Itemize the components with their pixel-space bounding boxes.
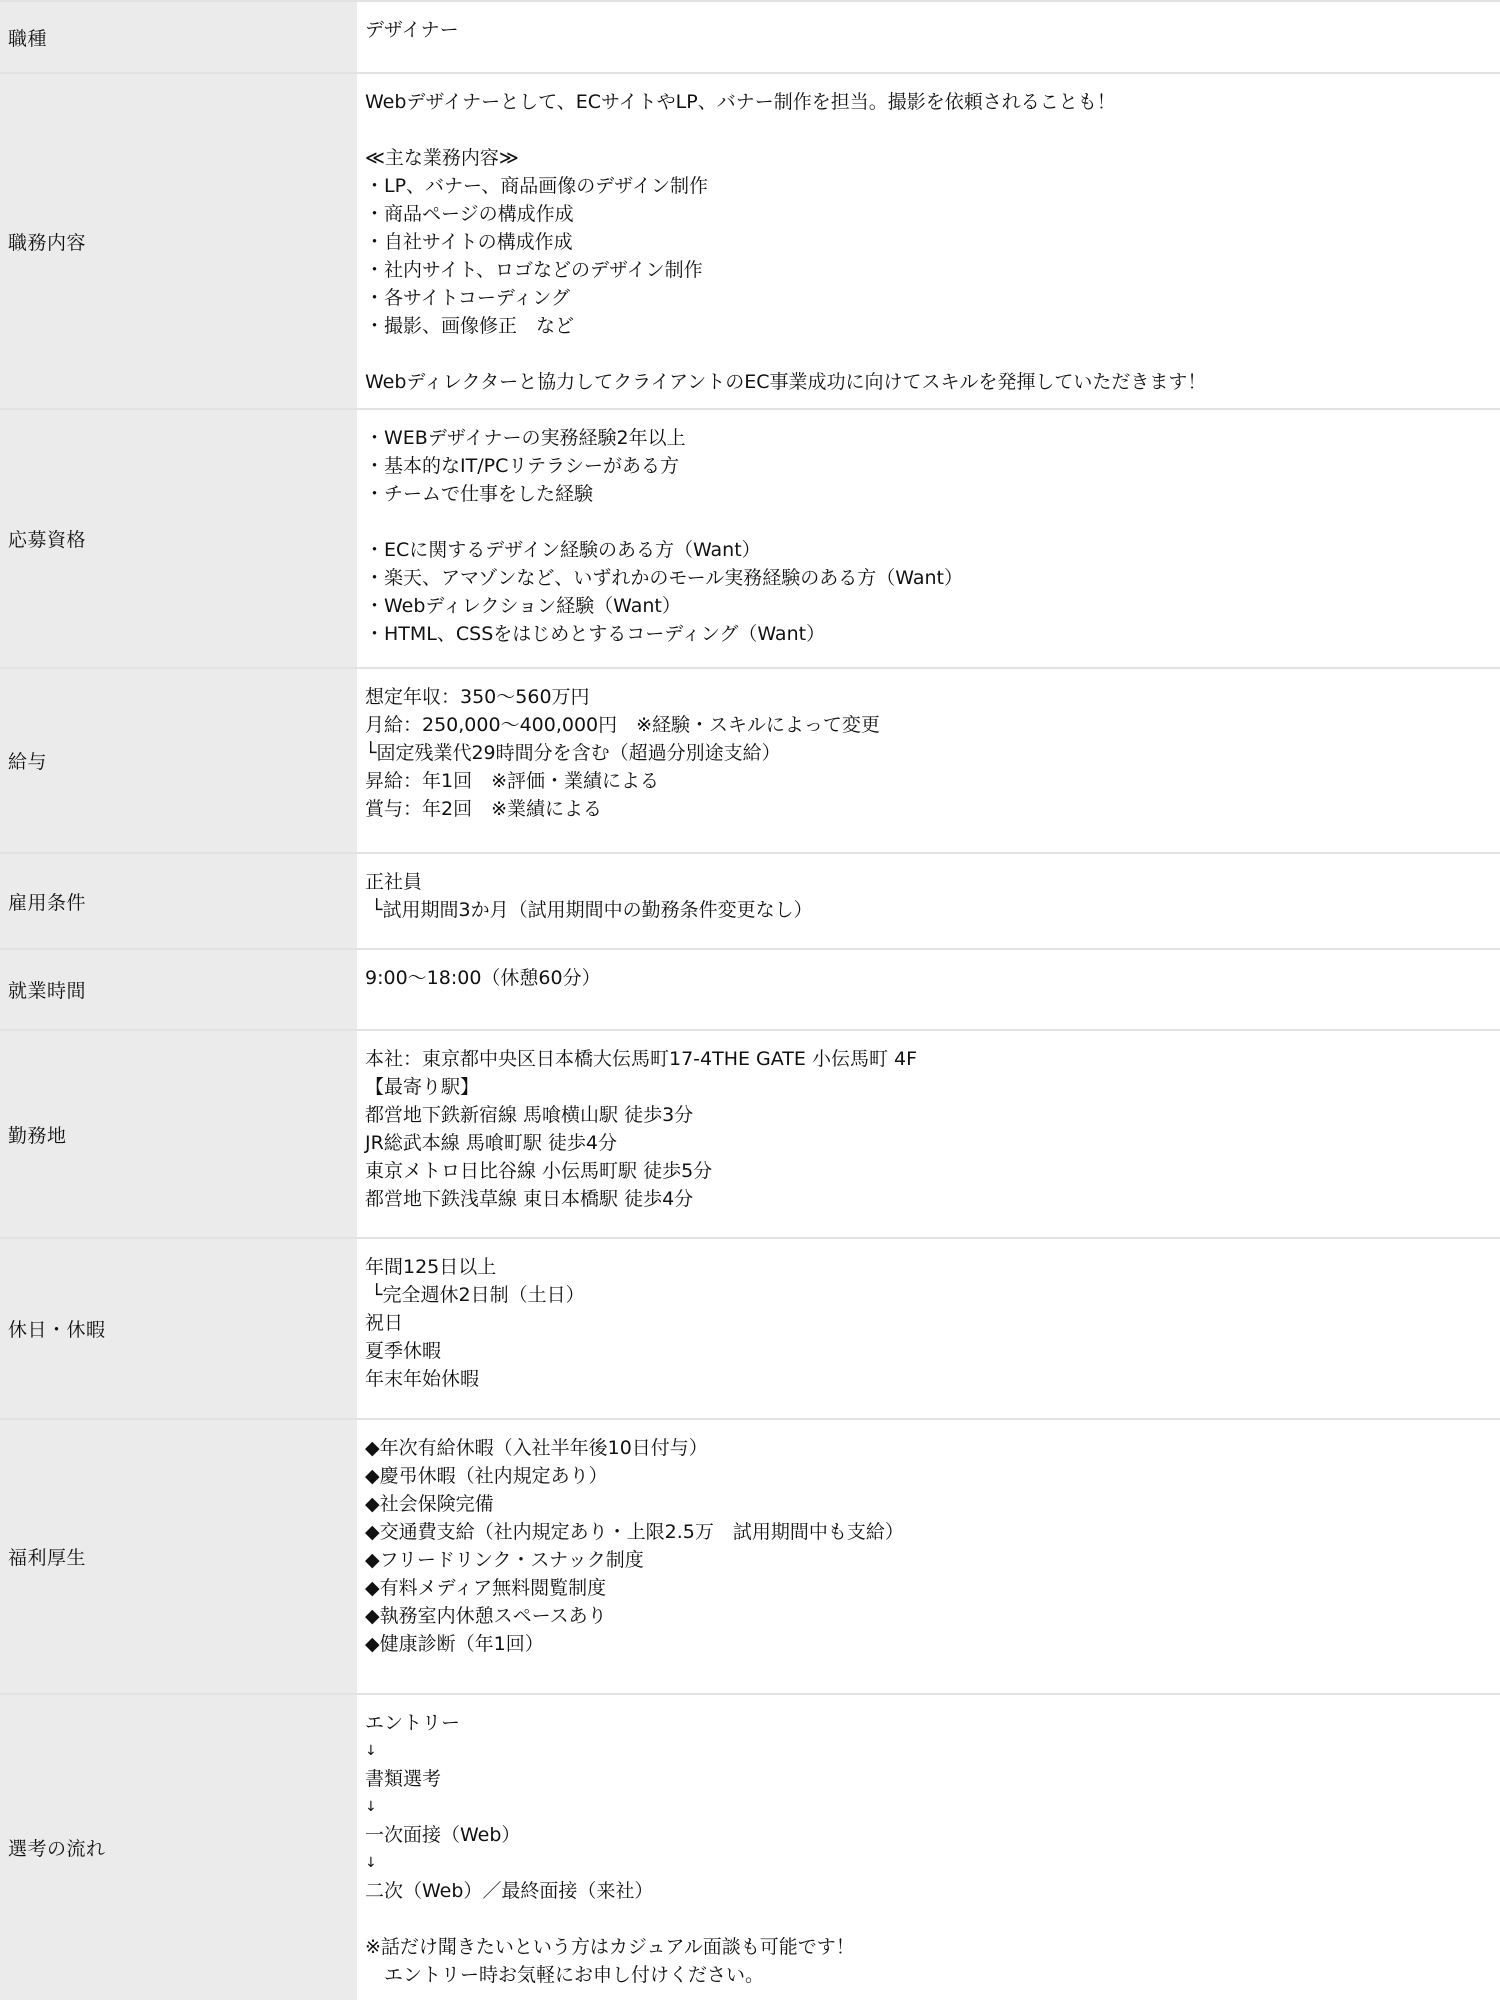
- value-line: JR総武本線 馬喰町駅 徒歩4分: [365, 1129, 1492, 1157]
- value-line: ◆慶弔休暇（社内規定あり）: [365, 1462, 1492, 1490]
- value-line: ◆有料メディア無料閲覧制度: [365, 1574, 1492, 1602]
- row-label: 職種: [0, 2, 357, 72]
- row-label: 福利厚生: [0, 1420, 357, 1693]
- table-row: 職務内容Webデザイナーとして、ECサイトやLP、バナー制作を担当。撮影を依頼さ…: [0, 74, 1500, 410]
- row-label: 選考の流れ: [0, 1695, 357, 2000]
- table-row: 雇用条件正社員 └試用期間3か月（試用期間中の勤務条件変更なし）: [0, 854, 1500, 950]
- row-value: デザイナー: [357, 2, 1500, 72]
- value-line: [365, 340, 1492, 368]
- value-line: ・社内サイト、ロゴなどのデザイン制作: [365, 256, 1492, 284]
- row-label: 勤務地: [0, 1031, 357, 1237]
- value-line: 夏季休暇: [365, 1337, 1492, 1365]
- value-line: ・楽天、アマゾンなど、いずれかのモール実務経験のある方（Want）: [365, 564, 1492, 592]
- table-row: 就業時間9:00〜18:00（休憩60分）: [0, 950, 1500, 1031]
- row-label: 職務内容: [0, 74, 357, 408]
- value-line: 賞与：年2回 ※業績による: [365, 795, 1492, 823]
- down-arrow-icon: ↓: [365, 1737, 1492, 1765]
- value-line: デザイナー: [365, 16, 1492, 44]
- value-line: 都営地下鉄浅草線 東日本橋駅 徒歩4分: [365, 1185, 1492, 1213]
- value-line: Webディレクターと協力してクライアントのEC事業成功に向けてスキルを発揮してい…: [365, 368, 1492, 396]
- row-value: Webデザイナーとして、ECサイトやLP、バナー制作を担当。撮影を依頼されること…: [357, 74, 1500, 408]
- value-line: 月給：250,000〜400,000円 ※経験・スキルによって変更: [365, 711, 1492, 739]
- row-value: 9:00〜18:00（休憩60分）: [357, 950, 1500, 1029]
- value-line: 二次（Web）／最終面接（来社）: [365, 1877, 1492, 1905]
- value-line: エントリー: [365, 1709, 1492, 1737]
- value-line: ・WEBデザイナーの実務経験2年以上: [365, 424, 1492, 452]
- value-line: [365, 116, 1492, 144]
- table-row: 給与想定年収：350〜560万円月給：250,000〜400,000円 ※経験・…: [0, 669, 1500, 854]
- table-row: 応募資格・WEBデザイナーの実務経験2年以上・基本的なIT/PCリテラシーがある…: [0, 410, 1500, 669]
- value-line: ◆社会保険完備: [365, 1490, 1492, 1518]
- value-line: 都営地下鉄新宿線 馬喰横山駅 徒歩3分: [365, 1101, 1492, 1129]
- value-line: ※話だけ聞きたいという方はカジュアル面談も可能です！: [365, 1933, 1492, 1961]
- value-line: 昇給：年1回 ※評価・業績による: [365, 767, 1492, 795]
- value-line: ◆フリードリンク・スナック制度: [365, 1546, 1492, 1574]
- value-line: ・撮影、画像修正 など: [365, 312, 1492, 340]
- value-line: ・LP、バナー、商品画像のデザイン制作: [365, 172, 1492, 200]
- row-label: 雇用条件: [0, 854, 357, 948]
- value-line: [365, 508, 1492, 536]
- value-line: └固定残業代29時間分を含む（超過分別途支給）: [365, 739, 1492, 767]
- value-line: ・ECに関するデザイン経験のある方（Want）: [365, 536, 1492, 564]
- row-value: エントリー↓書類選考↓一次面接（Web）↓二次（Web）／最終面接（来社）※話だ…: [357, 1695, 1500, 2000]
- value-line: 書類選考: [365, 1765, 1492, 1793]
- row-label: 給与: [0, 669, 357, 852]
- value-line: 本社：東京都中央区日本橋大伝馬町17-4THE GATE 小伝馬町 4F: [365, 1045, 1492, 1073]
- row-value: ・WEBデザイナーの実務経験2年以上・基本的なIT/PCリテラシーがある方・チー…: [357, 410, 1500, 667]
- value-line: ・商品ページの構成作成: [365, 200, 1492, 228]
- value-line: ・HTML、CSSをはじめとするコーディング（Want）: [365, 620, 1492, 648]
- value-line: 年間125日以上: [365, 1253, 1492, 1281]
- value-line: └完全週休2日制（土日）: [365, 1281, 1492, 1309]
- value-line: エントリー時お気軽にお申し付けください。: [365, 1961, 1492, 1989]
- row-value: 本社：東京都中央区日本橋大伝馬町17-4THE GATE 小伝馬町 4F【最寄り…: [357, 1031, 1500, 1237]
- value-line: ・自社サイトの構成作成: [365, 228, 1492, 256]
- table-row: 職種デザイナー: [0, 2, 1500, 74]
- value-line: 祝日: [365, 1309, 1492, 1337]
- value-line: ◆執務室内休憩スペースあり: [365, 1602, 1492, 1630]
- row-value: ◆年次有給休暇（入社半年後10日付与）◆慶弔休暇（社内規定あり）◆社会保険完備◆…: [357, 1420, 1500, 1693]
- row-value: 想定年収：350〜560万円月給：250,000〜400,000円 ※経験・スキ…: [357, 669, 1500, 852]
- value-line: └試用期間3か月（試用期間中の勤務条件変更なし）: [365, 896, 1492, 924]
- job-details-table: 職種デザイナー職務内容Webデザイナーとして、ECサイトやLP、バナー制作を担当…: [0, 0, 1500, 2000]
- value-line: [365, 1905, 1492, 1933]
- value-line: 正社員: [365, 868, 1492, 896]
- value-line: ・各サイトコーディング: [365, 284, 1492, 312]
- row-label: 休日・休暇: [0, 1239, 357, 1418]
- table-row: 勤務地本社：東京都中央区日本橋大伝馬町17-4THE GATE 小伝馬町 4F【…: [0, 1031, 1500, 1239]
- row-label: 就業時間: [0, 950, 357, 1029]
- table-row: 選考の流れエントリー↓書類選考↓一次面接（Web）↓二次（Web）／最終面接（来…: [0, 1695, 1500, 2000]
- value-line: ◆年次有給休暇（入社半年後10日付与）: [365, 1434, 1492, 1462]
- value-line: ≪主な業務内容≫: [365, 144, 1492, 172]
- value-line: Webデザイナーとして、ECサイトやLP、バナー制作を担当。撮影を依頼されること…: [365, 88, 1492, 116]
- table-row: 福利厚生◆年次有給休暇（入社半年後10日付与）◆慶弔休暇（社内規定あり）◆社会保…: [0, 1420, 1500, 1695]
- value-line: ◆健康診断（年1回）: [365, 1630, 1492, 1658]
- row-value: 正社員 └試用期間3か月（試用期間中の勤務条件変更なし）: [357, 854, 1500, 948]
- value-line: ・チームで仕事をした経験: [365, 480, 1492, 508]
- value-line: 想定年収：350〜560万円: [365, 683, 1492, 711]
- value-line: ・基本的なIT/PCリテラシーがある方: [365, 452, 1492, 480]
- value-line: ・Webディレクション経験（Want）: [365, 592, 1492, 620]
- value-line: 一次面接（Web）: [365, 1821, 1492, 1849]
- value-line: 東京メトロ日比谷線 小伝馬町駅 徒歩5分: [365, 1157, 1492, 1185]
- row-value: 年間125日以上 └完全週休2日制（土日）祝日夏季休暇年末年始休暇: [357, 1239, 1500, 1418]
- row-label: 応募資格: [0, 410, 357, 667]
- value-line: 【最寄り駅】: [365, 1073, 1492, 1101]
- table-row: 休日・休暇年間125日以上 └完全週休2日制（土日）祝日夏季休暇年末年始休暇: [0, 1239, 1500, 1420]
- value-line: ◆交通費支給（社内規定あり・上限2.5万 試用期間中も支給）: [365, 1518, 1492, 1546]
- down-arrow-icon: ↓: [365, 1849, 1492, 1877]
- down-arrow-icon: ↓: [365, 1793, 1492, 1821]
- value-line: 9:00〜18:00（休憩60分）: [365, 964, 1492, 992]
- value-line: 年末年始休暇: [365, 1365, 1492, 1393]
